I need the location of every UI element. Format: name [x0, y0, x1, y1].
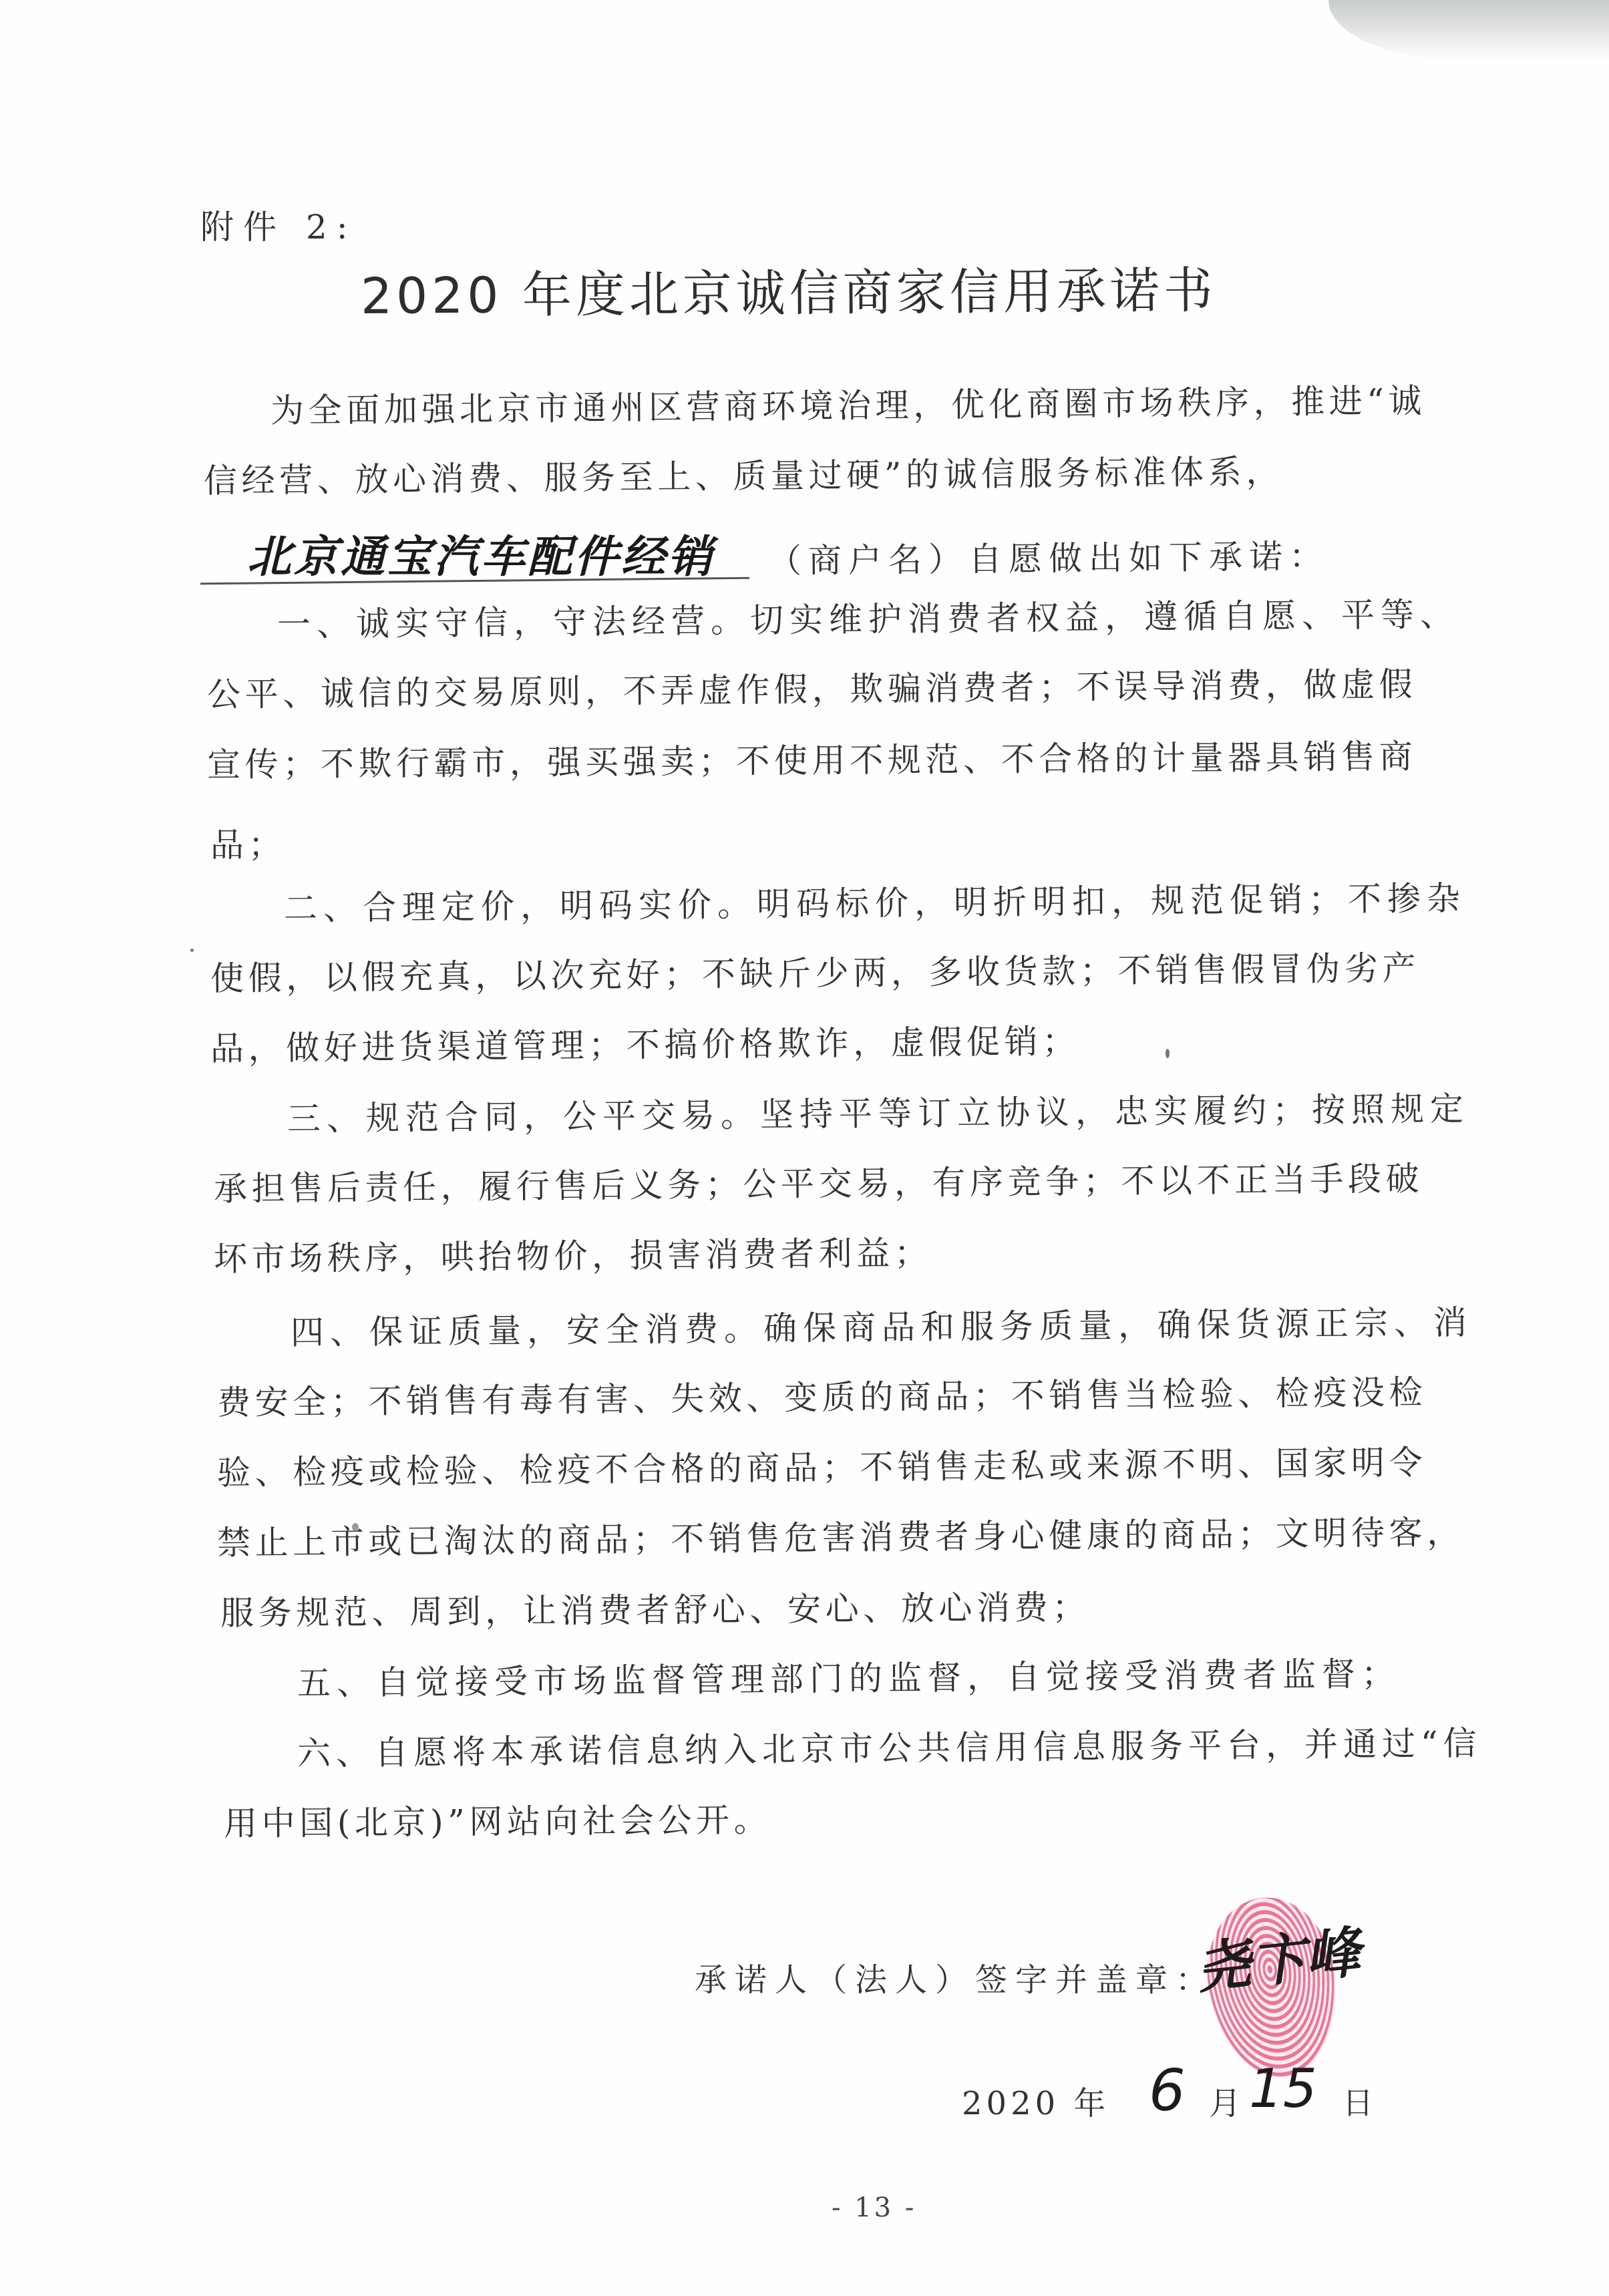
scan-shadow — [1328, 0, 1609, 60]
commitment-3-line-3: 坏市场秩序，哄抬物价，损害消费者利益； — [214, 1226, 932, 1281]
merchant-suffix: （商户名）自愿做出如下承诺： — [768, 530, 1330, 583]
signature-handwritten: 尧卞峰 — [1192, 1909, 1364, 2003]
page-number: - 13 - — [832, 2192, 916, 2223]
document-page: 附件 2: 2020 年度北京诚信商家信用承诺书 为全面加强北京市通州区营商环境… — [0, 0, 1609, 2296]
date-month-handwritten: 6 — [1149, 2058, 1186, 2124]
scan-speck — [1166, 1049, 1170, 1058]
commitment-4-line-2: 费安全；不销售有毒有害、失效、变质的商品；不销售当检验、检疫没检 — [217, 1365, 1427, 1424]
scan-speck — [190, 949, 194, 952]
commitment-6-line-1: 六、自愿将本承诺信息纳入北京市公共信用信息服务平台，并通过“信 — [297, 1717, 1482, 1775]
merchant-name-handwritten: 北京通宝汽车配件经销 — [247, 521, 715, 585]
commitment-1-line-4: 品； — [210, 818, 286, 866]
commitment-4-line-1: 四、保证质量，安全消费。确保商品和服务质量，确保货源正宗、消 — [291, 1296, 1473, 1354]
commitment-2-line-2: 使假，以假充真，以次充好；不缺斤少两，多收货款；不销售假冒伪劣产 — [210, 941, 1421, 1000]
scan-speck — [352, 1523, 359, 1531]
commitment-3-line-2: 承担售后责任，履行售后义务；公平交易，有序竞争；不以不正当手段破 — [214, 1152, 1424, 1210]
commitment-4-line-5: 服务规范、周到，让消费者舒心、安心、放心消费； — [220, 1581, 1090, 1635]
intro-line-1: 为全面加强北京市通州区营商环境治理，优化商圈市场秩序，推进“诚 — [271, 374, 1427, 432]
commitment-6-line-2: 用中国(北京)”网站向社会公开。 — [224, 1793, 772, 1845]
attachment-label: 附件 2: — [200, 200, 357, 249]
commitment-2-line-1: 二、合理定价，明码实价。明码标价，明折明扣，规范促销；不掺杂 — [284, 872, 1467, 930]
commitment-4-line-3: 验、检疫或检验、检疫不合格的商品；不销售走私或来源不明、国家明令 — [217, 1436, 1427, 1494]
commitment-2-line-3: 品，做好进货渠道管理；不搞价格欺诈，虚假促销； — [210, 1015, 1080, 1070]
date-month-label: 月 — [1209, 2078, 1241, 2124]
document-title: 2020 年度北京诚信商家信用承诺书 — [361, 251, 1218, 328]
date-day-handwritten: 15 — [1249, 2058, 1317, 2120]
commitment-5-line-1: 五、自觉接受市场监督管理部门的监督，自觉接受消费者监督； — [297, 1647, 1401, 1705]
intro-line-2: 信经营、放心消费、服务至上、质量过硬”的诚信服务标准体系， — [204, 445, 1284, 502]
signature-label: 承诺人（法人）签字并盖章： — [695, 1954, 1216, 2000]
commitment-4-line-4: 禁止上市或已淘汰的商品；不销售危害消费者身心健康的商品；文明待客， — [217, 1506, 1465, 1565]
date-year: 2020 年 — [962, 2078, 1109, 2124]
commitment-1-line-1: 一、诚实守信，守法经营。切实维护消费者权益，遵循自愿、平等、 — [277, 588, 1460, 646]
date-day-label: 日 — [1343, 2079, 1373, 2123]
commitment-1-line-3: 宣传；不欺行霸市，强买强卖；不使用不规范、不合格的计量器具销售商 — [207, 729, 1417, 786]
commitment-3-line-1: 三、规范合同，公平交易。坚持平等订立协议，忠实履约；按照规定 — [287, 1082, 1470, 1140]
commitment-1-line-2: 公平、诚信的交易原则，不弄虚作假，欺骗消费者；不误导消费，做虚假 — [207, 657, 1417, 716]
